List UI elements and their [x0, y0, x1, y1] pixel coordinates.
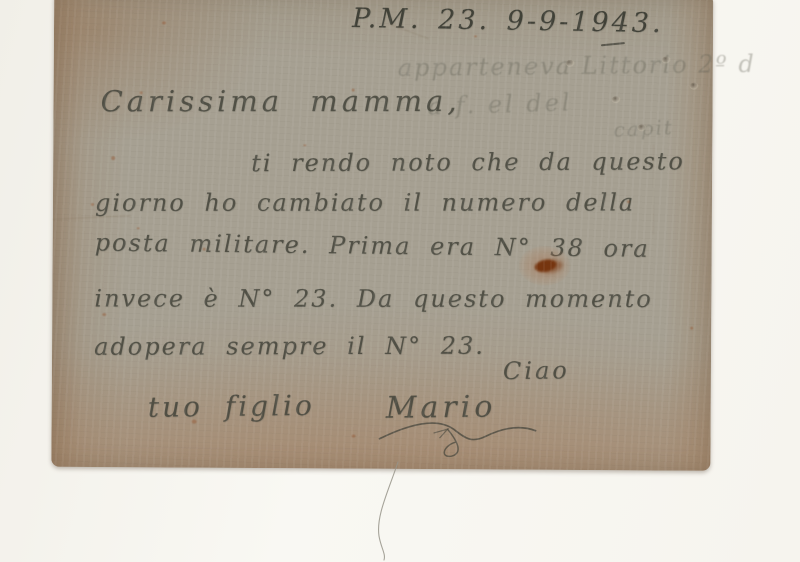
crease-line: [53, 215, 131, 220]
foxing-spot: [102, 313, 106, 316]
paper-dent: [637, 124, 646, 131]
body-line: giorno ho cambiato il numero della: [95, 188, 635, 216]
foxing-spot: [91, 203, 94, 206]
signature-prefix: tuo figlio: [148, 389, 315, 424]
signature-flourish: [373, 413, 543, 462]
paper-dent: [662, 56, 671, 63]
faint-pencil-note-top: apparteneva Littorio 2º d: [398, 50, 756, 82]
foxing-spot: [627, 200, 630, 203]
scanned-postcard-image: P.M. 23. 9-9-1943. apparteneva Littorio …: [0, 0, 800, 562]
closing-line: Ciao: [503, 356, 570, 385]
foxing-spot: [137, 227, 140, 229]
foxing-spot: [303, 144, 306, 146]
body-line: ti rendo noto che da questo: [251, 147, 685, 177]
paper-dent: [690, 83, 699, 90]
foxing-spot: [140, 91, 143, 94]
foxing-spot: [111, 156, 115, 160]
body-line: invece è N° 23. Da questo momento: [94, 284, 652, 312]
crease-line: [653, 144, 655, 234]
postcard: P.M. 23. 9-9-1943. apparteneva Littorio …: [51, 0, 713, 471]
foxing-spot: [162, 21, 166, 24]
scanner-fiber-hair: [368, 458, 410, 562]
foxing-spot: [352, 89, 355, 92]
date-underline-stroke: [601, 42, 625, 46]
foxing-spot: [203, 248, 206, 251]
salutation-line: Carissima mamma,: [101, 84, 461, 118]
body-line: adopera sempre il N° 23.: [94, 332, 485, 361]
paper-dent: [566, 60, 575, 67]
foxing-spot: [690, 327, 693, 330]
paper-dent: [612, 96, 621, 103]
foxing-spot: [474, 35, 477, 37]
foxing-spot: [352, 435, 356, 438]
foxing-spot: [192, 420, 197, 424]
date-line: P.M. 23. 9-9-1943.: [352, 3, 664, 39]
